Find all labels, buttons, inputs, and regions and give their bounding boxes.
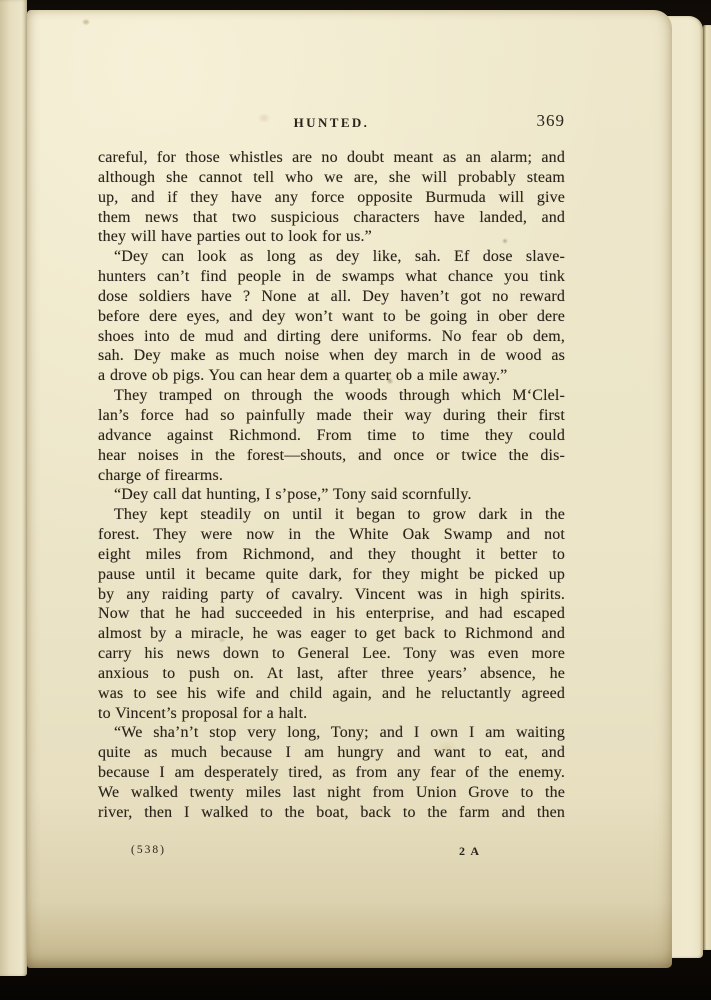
text-line: lan’s force had so painfully made their … <box>98 406 565 426</box>
paragraph: “Dey can look as long as dey like, sah. … <box>98 247 565 386</box>
body-text: careful, for those whistles are no doubt… <box>98 148 565 823</box>
text-line: dose soldiers have ? None at all. Dey ha… <box>98 287 565 307</box>
page-number: 369 <box>537 111 566 131</box>
book-photo-scene: HUNTED. 369 careful, for those whistles … <box>0 0 711 1000</box>
running-head: HUNTED. 369 <box>98 113 565 133</box>
book-page: HUNTED. 369 careful, for those whistles … <box>27 10 672 968</box>
paragraph: They tramped on through the woods throug… <box>98 386 565 485</box>
text-line: a drove ob pigs. You can hear dem a quar… <box>98 366 565 386</box>
text-line: charge of firearms. <box>98 466 565 486</box>
text-line: carry his news down to General Lee. Tony… <box>98 644 565 664</box>
text-line: although she cannot tell who we are, she… <box>98 168 565 188</box>
text-line: forest. They were now in the White Oak S… <box>98 525 565 545</box>
text-line: river, then I walked to the boat, back t… <box>98 803 565 823</box>
text-line: pause until it became quite dark, for th… <box>98 565 565 585</box>
text-line: eight miles from Richmond, and they thou… <box>98 545 565 565</box>
text-line: before dere eyes, and dey won’t want to … <box>98 307 565 327</box>
text-line: “Dey can look as long as dey like, sah. … <box>98 247 565 267</box>
paragraph: careful, for those whistles are no doubt… <box>98 148 565 247</box>
paragraph: They kept steadily on until it began to … <box>98 505 565 723</box>
text-line: anxious to push on. At last, after three… <box>98 664 565 684</box>
text-line: We walked twenty miles last night from U… <box>98 783 565 803</box>
text-line: advance against Richmond. From time to t… <box>98 426 565 446</box>
printer-signature-mark: 2 A <box>459 844 481 859</box>
text-line: “We sha’n’t stop very long, Tony; and I … <box>98 723 565 743</box>
text-line: was to see his wife and child again, and… <box>98 684 565 704</box>
text-line: hunters can’t find people in de swamps w… <box>98 267 565 287</box>
text-line: to Vincent’s proposal for a halt. <box>98 704 565 724</box>
page-footer: (538) 2 A <box>27 844 672 862</box>
text-line: they will have parties out to look for u… <box>98 227 565 247</box>
text-line: They tramped on through the woods throug… <box>98 386 565 406</box>
text-line: hear noises in the forest—shouts, and on… <box>98 446 565 466</box>
paragraph: “Dey call dat hunting, I s’pose,” Tony s… <box>98 485 565 505</box>
text-line: shoes into de mud and dirting dere unifo… <box>98 327 565 347</box>
text-line: They kept steadily on until it began to … <box>98 505 565 525</box>
text-line: careful, for those whistles are no doubt… <box>98 148 565 168</box>
text-line: almost by a miracle, he was eager to get… <box>98 624 565 644</box>
printer-signature-number: (538) <box>131 844 166 856</box>
text-line: “Dey call dat hunting, I s’pose,” Tony s… <box>98 485 565 505</box>
text-line: Now that he had succeeded in his enterpr… <box>98 604 565 624</box>
right-page-edge-outer <box>703 25 711 950</box>
text-line: up, and if they have any force opposite … <box>98 188 565 208</box>
paragraph: “We sha’n’t stop very long, Tony; and I … <box>98 723 565 822</box>
text-line: because I am desperately tired, as from … <box>98 763 565 783</box>
text-line: quite as much because I am hungry and wa… <box>98 743 565 763</box>
text-line: sah. Dey make as much noise when dey mar… <box>98 346 565 366</box>
text-line: by any raiding party of cavalry. Vincent… <box>98 585 565 605</box>
chapter-running-title: HUNTED. <box>98 113 565 133</box>
text-line: them news that two suspicious characters… <box>98 208 565 228</box>
left-page-edges <box>0 0 27 976</box>
